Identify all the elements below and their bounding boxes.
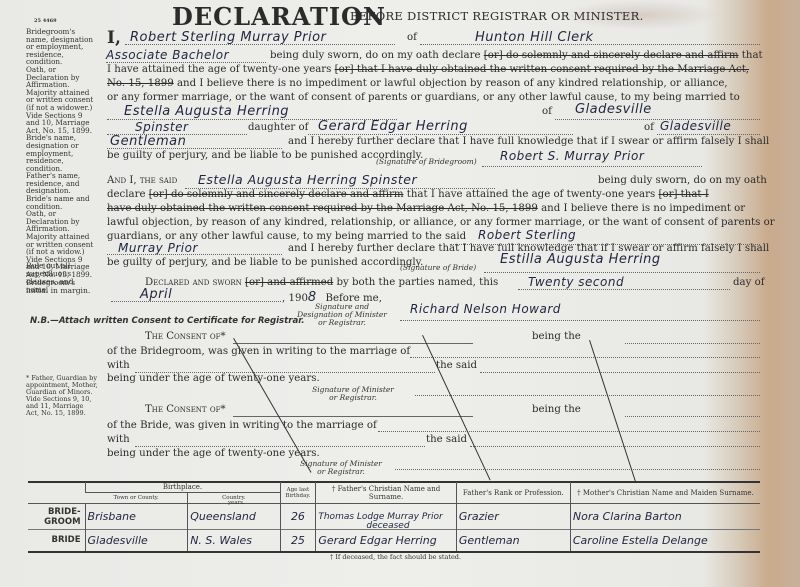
father-residence-line — [657, 134, 760, 135]
birthplace-header: Birthplace. — [85, 482, 280, 493]
sidebar-notes: Bridegroom's name, designation or employ… — [26, 28, 98, 294]
groom-further: and I hereby further declare that I have… — [288, 136, 769, 147]
groom-residence: Hunton Hill Clerk — [475, 30, 593, 45]
groom-name: Robert Sterling Murray Prior — [130, 30, 326, 45]
bride-decl-name: Estella Augusta Herring Spinster — [198, 172, 417, 187]
rule-out-note: Rule out all superfluous clauses, and in… — [26, 262, 98, 295]
consent-groom-said-line — [480, 372, 760, 373]
groom-mother: Nora Clarina Barton — [570, 504, 760, 530]
declared-day: Twenty second — [528, 275, 624, 289]
table-footnote: † If deceased, the fact should be stated… — [330, 553, 461, 561]
bride-father: deceased Gerard Edgar Herring — [316, 530, 456, 552]
groom-line-4: No. 15, 1899 and I believe there is no i… — [107, 78, 728, 89]
month-line — [111, 301, 281, 302]
consent-bride-with: with — [107, 434, 130, 445]
declared-month: April — [140, 287, 172, 302]
groom-signature-label: (Signature of Bridegroom) — [376, 158, 477, 166]
consent-bride-being: being the — [532, 404, 581, 415]
consent-bride-line-2: of the Bride, was given in writing to th… — [107, 420, 377, 431]
age-header: Age last Birthday. — [280, 482, 316, 504]
groom-age: 26 — [280, 504, 316, 530]
bride-row-label: BRIDE — [28, 530, 85, 552]
minister-line — [400, 320, 760, 321]
guardian-note: * Father, Guardian by appointment, Mothe… — [26, 375, 98, 417]
consent-groom-being-line — [625, 343, 760, 344]
bride-decl-line-1: being duly sworn, do on my oath — [598, 175, 767, 186]
side-note: Father's name, residence, and designatio… — [26, 172, 98, 195]
consent-groom-line — [233, 343, 473, 344]
bride-signature-label: (Signature of Bride) — [400, 264, 476, 272]
father-name-line — [308, 134, 573, 135]
father-name: Gerard Edgar Herring — [318, 119, 468, 134]
day-of-label: day of — [733, 277, 765, 288]
nb-note: N.B.—Attach written Consent to Certifica… — [30, 316, 305, 326]
side-note: Bridegroom's name, designation or employ… — [26, 28, 98, 66]
bride-country: N. S. Wales — [188, 530, 280, 552]
consent-groom-said: the said — [436, 360, 477, 371]
bride-signature-line — [484, 272, 760, 273]
bride-decl-groom-line-2 — [107, 254, 282, 255]
side-note: Bride's name, designation or employment,… — [26, 134, 98, 172]
groom-signature-line — [482, 166, 702, 167]
consent-bride-said-line — [470, 446, 760, 447]
bride-decl-line-3: have duly obtained the written consent r… — [107, 203, 745, 214]
father-designation: Gentleman — [110, 134, 186, 149]
minister-label: Signature and Designation of Minister or… — [292, 303, 392, 327]
groom-line-3: I have attained the age of twenty-one ye… — [107, 64, 749, 75]
bride-decl-groom-name-b: Murray Prior — [118, 241, 198, 255]
groom-father-rank: Grazier — [456, 504, 570, 530]
declared-line: Declared and sworn [or] and affirmed by … — [145, 277, 498, 288]
consent-groom-sig-label: Signature of Minister or Registrar. — [310, 386, 396, 402]
side-note: Majority attained or written consent (if… — [26, 89, 98, 135]
daughter-of-label: daughter of — [248, 122, 308, 133]
groom-designation: Associate Bachelor — [106, 48, 229, 62]
town-header: Town or County. — [85, 493, 188, 504]
bride-decl-prefix: And I, the said — [107, 175, 177, 186]
father-header: † Father's Christian Name and Surname. — [316, 482, 456, 504]
bride-decl-line-4: lawful objection, by reason of any kindr… — [107, 217, 775, 228]
father-deceased-note: deceased — [366, 521, 409, 531]
consent-groom-with: with — [107, 360, 130, 371]
side-note: Bride's name and condition. — [26, 195, 98, 210]
consent-bride-under-age: being under the age of twenty-one years. — [107, 448, 320, 459]
groom-country: Queensland — [188, 504, 280, 530]
father-designation-line — [107, 148, 282, 149]
consent-bride-being-line — [625, 416, 760, 417]
groom-town: Brisbane — [85, 504, 188, 530]
consent-bride-line — [233, 416, 473, 417]
bride-town: Gladesville — [85, 530, 188, 552]
minister-signature: Richard Nelson Howard — [410, 302, 561, 316]
document-subtitle: BEFORE DISTRICT REGISTRAR OR MINISTER. — [350, 9, 644, 23]
groom-signature: Robert S. Murray Prior — [500, 149, 644, 163]
consent-bride-with-line — [135, 446, 425, 447]
table-header-row-1: Birthplace. Age last Birthday. † Father'… — [28, 482, 760, 493]
form-number: 25 4469 — [34, 18, 57, 24]
consent-bride-marriage-line — [378, 431, 760, 432]
father-of-label: of — [644, 122, 654, 133]
groom-designation-line — [106, 62, 266, 63]
table-row: BRIDE Gladesville N. S. Wales 25 decease… — [28, 530, 760, 552]
bride-signature: Estilla Augusta Herring — [500, 252, 661, 267]
groom-row-label: BRIDE-GROOM — [28, 504, 85, 530]
mother-header: † Mother's Christian Name and Maiden Sur… — [570, 482, 760, 504]
registration-table: Birthplace. Age last Birthday. † Father'… — [28, 482, 760, 553]
groom-line-1: I, — [107, 28, 121, 48]
bride-of-label: of — [542, 106, 552, 117]
bride-name-in-groom-decl: Estella Augusta Herring — [124, 104, 289, 119]
consent-bride-sig-line — [395, 469, 760, 470]
bride-decl-groom-name-a: Robert Sterling — [478, 228, 576, 242]
father-residence: Gladesville — [660, 119, 731, 133]
bride-mother: Caroline Estella Delange — [570, 530, 760, 552]
father-rank-header: Father's Rank or Profession. — [456, 482, 570, 504]
consent-groom-being: being the — [532, 331, 581, 342]
consent-groom-under-age: being under the age of twenty-one years. — [107, 373, 320, 384]
consent-groom-line-2: of the Bridegroom, was given in writing … — [107, 346, 410, 357]
years-label: years. — [228, 500, 245, 506]
side-note: Oath, or Declaration by Affirmation. — [26, 66, 98, 89]
bride-age: 25 — [280, 530, 316, 552]
consent-groom-sig-line — [415, 395, 760, 396]
bride-decl-line-2: declare [or] do solemnly and sincerely d… — [107, 189, 709, 200]
bride-residence: Gladesville — [575, 102, 652, 117]
side-note: Oath, or Declaration by Affirmation. — [26, 210, 98, 233]
groom-of-label: of — [407, 32, 417, 43]
consent-bride-said: the said — [426, 434, 467, 445]
bride-condition: Spinster — [135, 120, 188, 134]
consent-groom-label: The Consent of* — [145, 331, 226, 342]
bride-perjury: be guilty of perjury, and be liable to b… — [107, 257, 423, 268]
bride-father-rank: Gentleman — [456, 530, 570, 552]
consent-groom-marriage-line — [410, 357, 760, 358]
day-line — [518, 289, 730, 290]
groom-line-2: being duly sworn, do on my oath declare … — [270, 50, 763, 61]
consent-bride-label: The Consent of* — [145, 404, 226, 415]
